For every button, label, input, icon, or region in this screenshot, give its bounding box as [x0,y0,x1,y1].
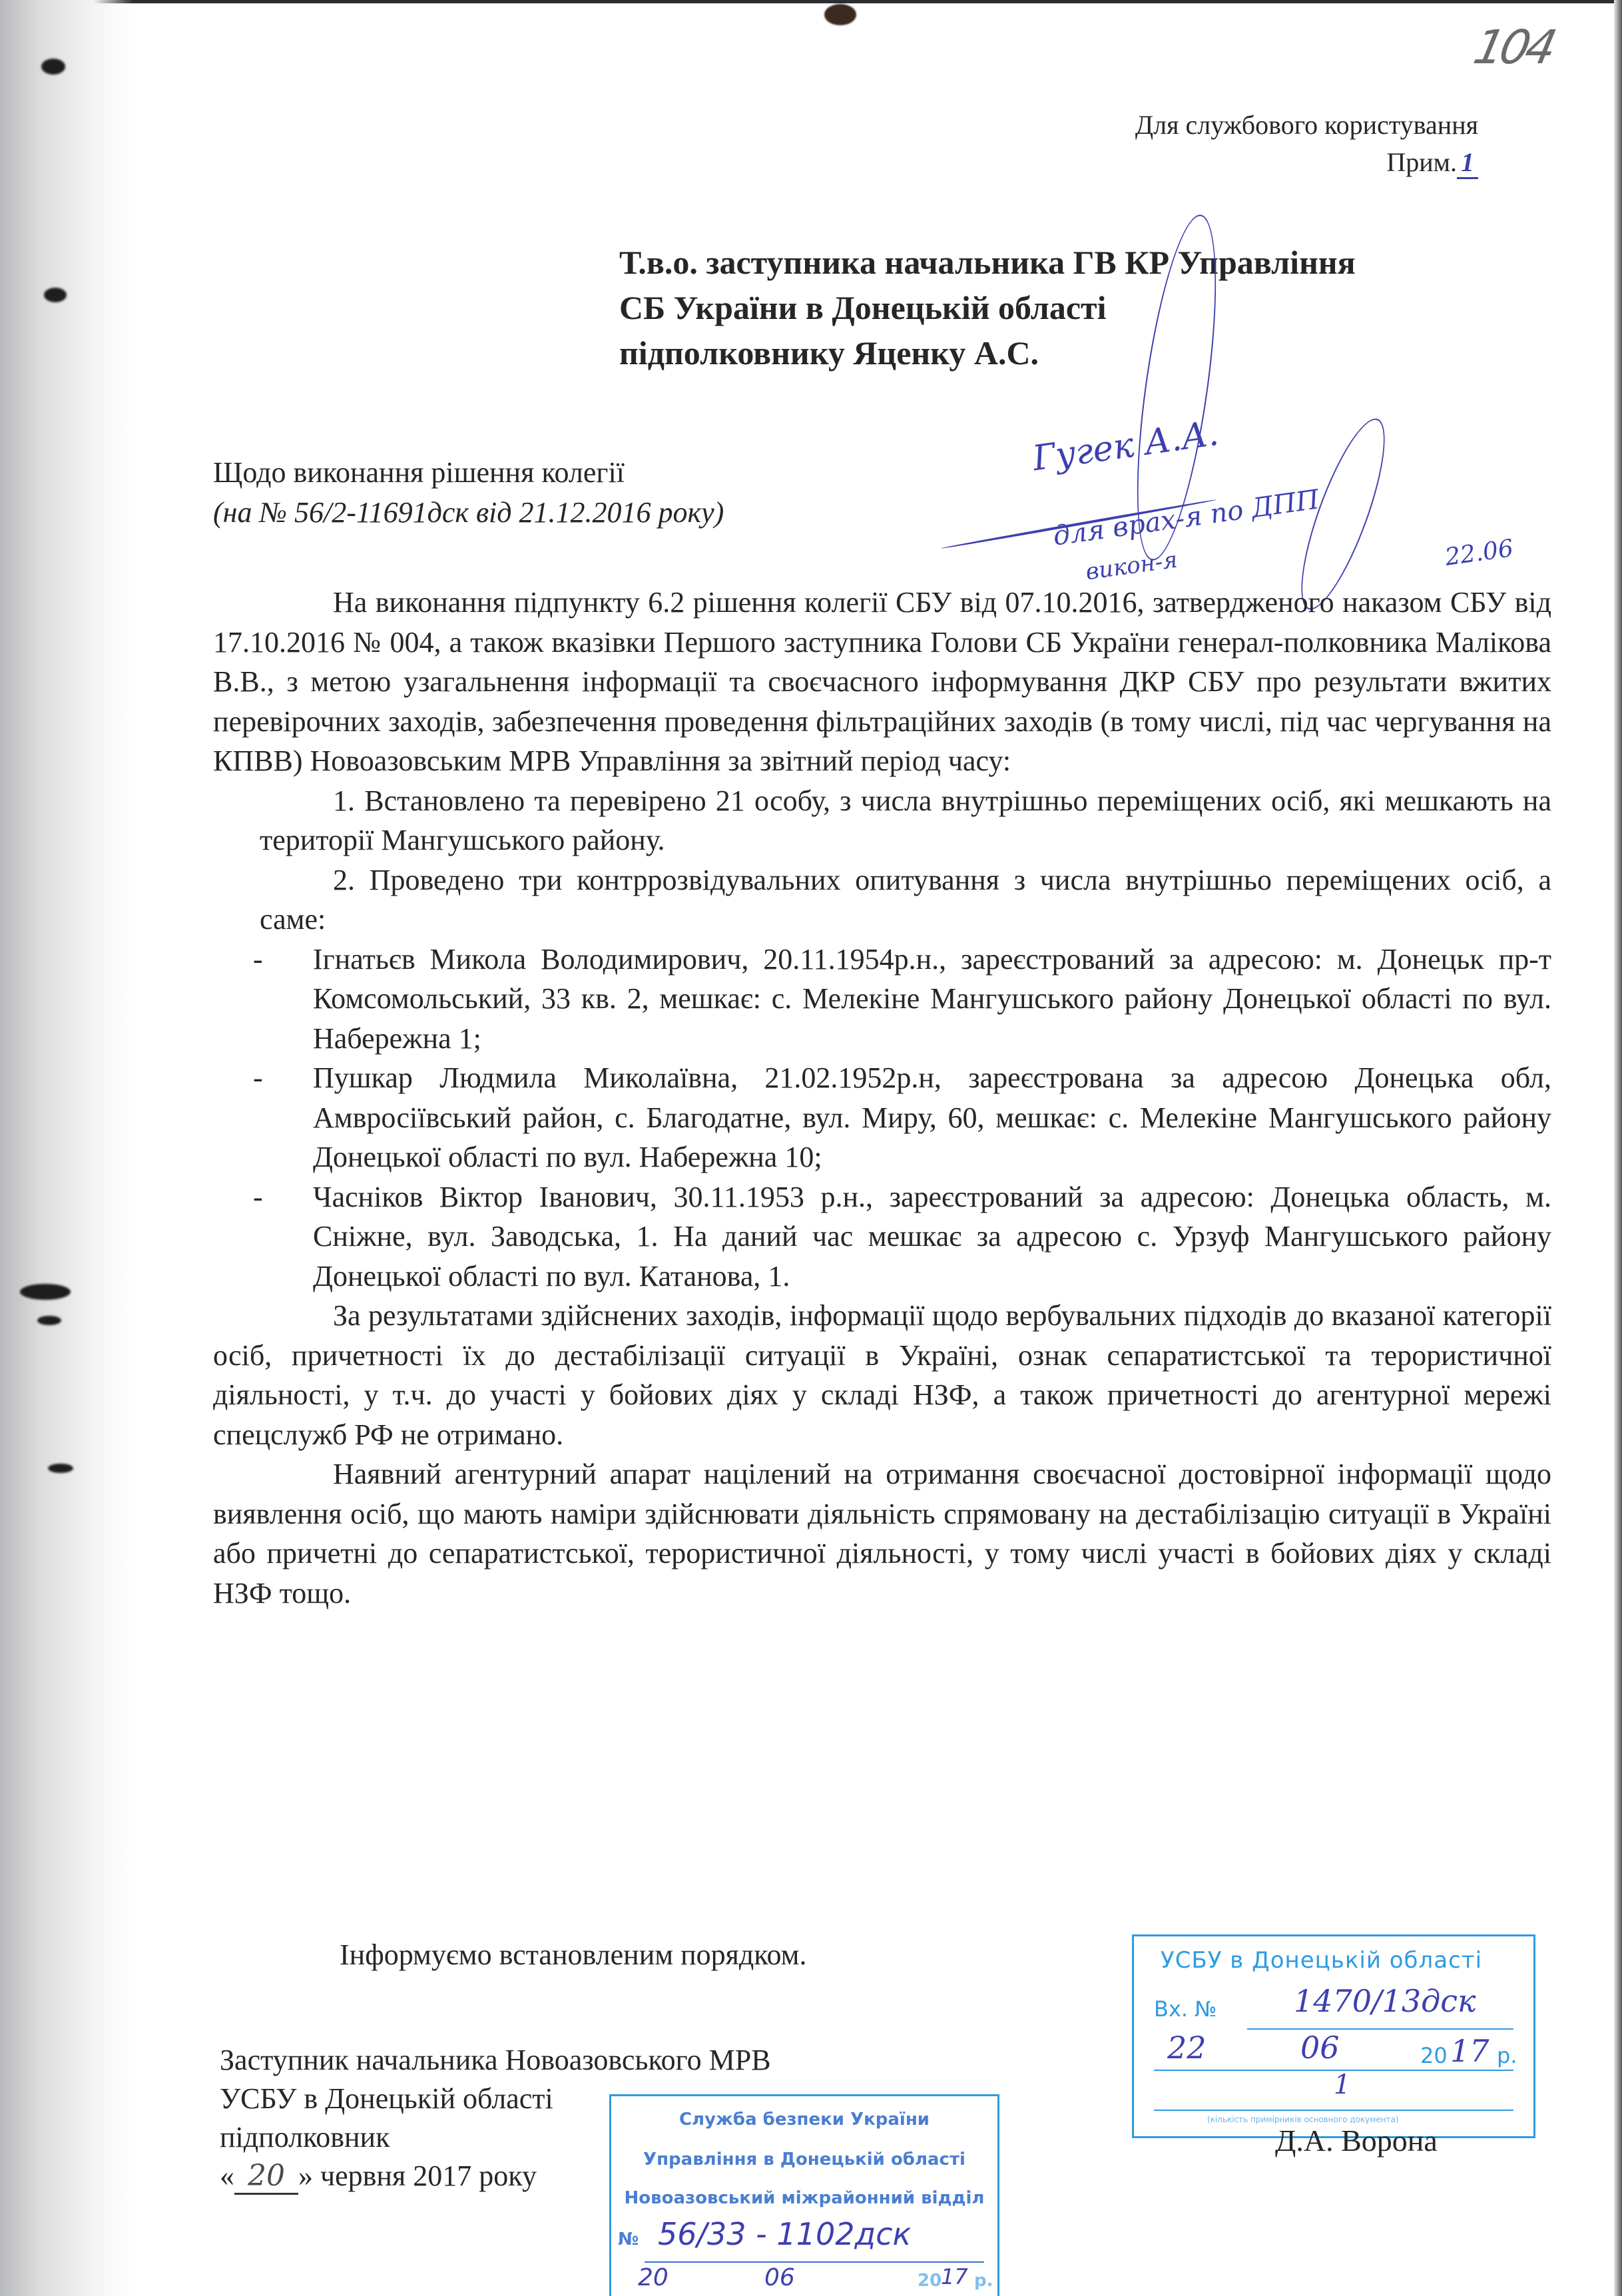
handwritten-page-number: 104 [1469,20,1557,75]
binder-hole [20,1284,71,1300]
outgoing-registration-stamp: Служба безпеки України Управління в Доне… [609,2094,999,2296]
stamp-month: 06 [764,2264,795,2291]
stamp-year-unit: р. [974,2271,993,2291]
stamp-day: 20 [638,2264,669,2291]
copy-number-line: Прим.1 [1052,144,1478,181]
paragraph-intro: На виконання підпункту 6.2 рішення колег… [213,583,1551,781]
binder-hole [41,59,65,75]
scan-left-shadow [0,0,133,2296]
addressee-line: СБ України в Донецькій області [619,285,1551,330]
numbered-item: 2. Проведено три контррозвідувальних опи… [213,860,1551,940]
stamp-line: Управління в Донецькій області [611,2150,997,2169]
resolution-date: 22.06 [1444,535,1515,571]
scan-right-edge [1614,0,1622,2296]
resolution-line: для врах-я по ДПП [1051,484,1321,552]
person-text: Часніков Віктор Іванович, 30.11.1953 р.н… [313,1181,1551,1292]
resolution-underline [941,499,1216,550]
stamp-copies: 1 [1334,2070,1350,2100]
copy-number: 1 [1457,147,1478,179]
person-text: Пушкар Людмила Миколаївна, 21.02.1952р.н… [313,1061,1551,1173]
addressee-line: підполковнику Яценку А.С. [619,330,1551,376]
addressee-line: Т.в.о. заступника начальника ГВ КР Управ… [619,240,1551,285]
stamp-line: Служба безпеки України [611,2110,997,2130]
item-number: 1. [333,784,355,817]
person-entry: -Часніков Віктор Іванович, 30.11.1953 р.… [213,1177,1551,1296]
stamp-year-suffix: 17 [1450,2033,1489,2069]
paragraph-results: За результатами здійснених заходів, інфо… [213,1296,1551,1454]
subject-reference: (на № 56/2-11691дск від 21.12.2016 року) [213,493,724,533]
stamp-rule [645,2261,984,2263]
bullet-dash: - [253,1058,313,1098]
bullet-dash: - [253,940,313,980]
stamp-day: 22 [1167,2030,1207,2066]
signer-name: Д.А. Ворона [1275,2123,1438,2158]
person-entry: -Пушкар Людмила Миколаївна, 21.02.1952р.… [213,1058,1551,1177]
person-text: Ігнатьєв Микола Володимирович, 20.11.195… [313,943,1551,1055]
subject-block: Щодо виконання рішення колегії (на № 56/… [213,453,724,533]
closing-line: Інформуємо встановленим порядком. [340,1938,806,1972]
binder-hole [37,1316,61,1325]
stamp-number-label: Вх. № [1154,1996,1217,2022]
stamp-number-value: 56/33 - 1102дск [658,2216,911,2252]
stamp-number-label: № [618,2229,639,2249]
stamp-year-unit: р. [1497,2043,1517,2068]
document-body: На виконання підпункту 6.2 рішення колег… [213,583,1551,1613]
item-text: Проведено три контррозвідувальних опитув… [260,864,1551,936]
numbered-item: 1. Встановлено та перевірено 21 особу, з… [213,781,1551,860]
incoming-registration-stamp: УСБУ в Донецькій області Вх. № 1470/13дс… [1132,1934,1535,2138]
item-number: 2. [333,864,355,896]
stamp-year-prefix: 20 [918,2271,942,2291]
handwritten-resolution: Гугек А.А. для врах-я по ДПП викон-я 22.… [919,346,1585,599]
resolution-line: викон-я [1084,547,1179,586]
item-text: Встановлено та перевірено 21 особу, з чи… [260,784,1551,857]
resolution-line: Гугек А.А. [1030,414,1221,479]
signer-position: Заступник начальника Новоазовського МРВ [220,2041,771,2080]
stamp-org: УСБУ в Донецькій області [1161,1947,1482,1974]
binder-hole [44,288,67,302]
binder-hole [48,1464,73,1473]
paragraph-agents: Наявний агентурний апарат націлений на о… [213,1454,1551,1613]
scan-top-edge [0,0,1622,3]
stamp-line: Новоазовський міжрайонний відділ [611,2188,997,2208]
stamp-number-value: 1470/13дск [1294,1983,1476,2019]
date-rest: » червня 2017 року [298,2159,537,2192]
date-day-handwritten: 20 [234,2159,298,2195]
stamp-month: 06 [1300,2030,1340,2066]
date-quote-open: « [220,2159,234,2192]
classification-label: Для службового користування [1052,107,1478,144]
stamp-year-prefix: 20 [1420,2043,1448,2068]
bullet-dash: - [253,1177,313,1217]
person-entry: -Ігнатьєв Микола Володимирович, 20.11.19… [213,940,1551,1059]
addressee-block: Т.в.о. заступника начальника ГВ КР Управ… [619,240,1551,376]
stamp-year-suffix: 17 [941,2264,968,2289]
subject-title: Щодо виконання рішення колегії [213,453,724,493]
staple-mark [824,4,856,25]
stamp-rule [1247,2028,1513,2030]
copy-label: Прим. [1386,147,1457,177]
classification-block: Для службового користування Прим.1 [1052,107,1478,181]
stamp-rule [1154,2110,1513,2111]
